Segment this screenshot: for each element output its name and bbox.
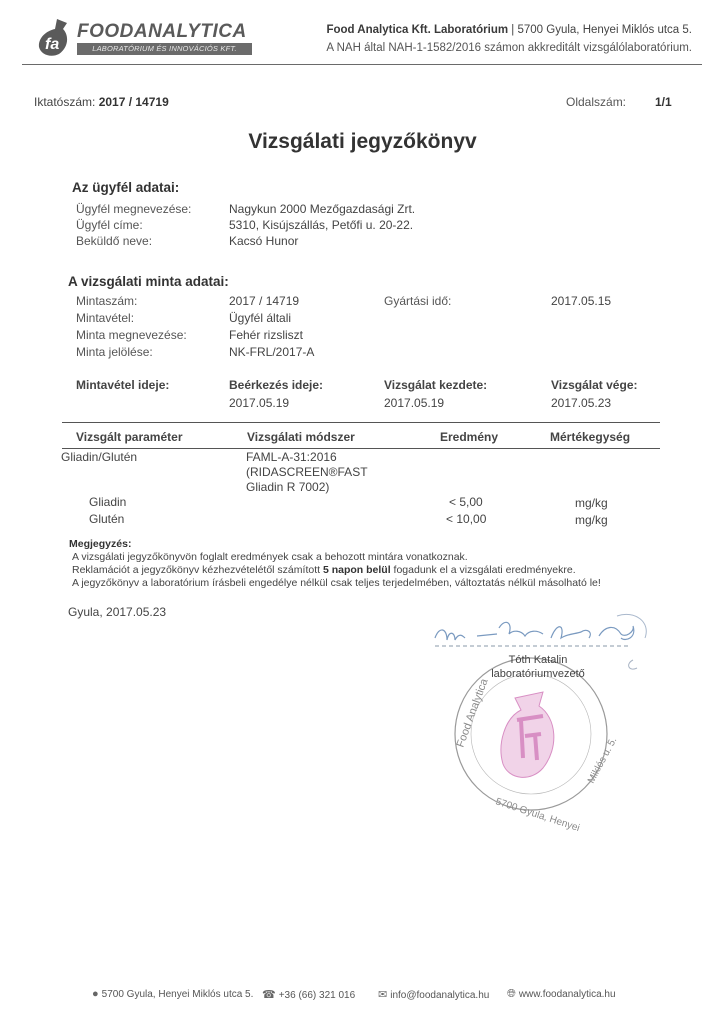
notes-heading: Megjegyzés: [69, 538, 131, 550]
client-label: Beküldő neve: [76, 234, 152, 248]
result-param: Gliadin [89, 495, 126, 509]
client-value: 5310, Kisújszállás, Petőfi u. 20-22. [229, 218, 413, 232]
method-line: (RIDASCREEN®FAST [246, 465, 368, 479]
company-logo: fa FOODANALYTICA LABORATÓRIUM ÉS INNOVÁC… [37, 17, 257, 57]
method-line: FAML-A-31:2016 [246, 450, 337, 464]
sample-value: Ügyfél általi [229, 311, 291, 325]
test-end-label: Vizsgálat vége: [551, 378, 637, 392]
production-date-label: Gyártási idő: [384, 294, 451, 308]
sample-value: Fehér rizsliszt [229, 328, 303, 342]
svg-text:fa: fa [45, 36, 59, 53]
flask-logo-icon: fa [37, 17, 71, 57]
phone-icon: ☎ [262, 988, 276, 1001]
arrival-date-value: 2017.05.19 [229, 396, 289, 410]
sample-label: Minta jelölése: [76, 345, 153, 359]
note-text: Reklamációt a jegyzőkönyv kézhezvételétő… [72, 564, 323, 576]
client-heading: Az ügyfél adatai: [72, 180, 179, 195]
sample-value: 2017 / 14719 [229, 294, 299, 308]
footer-address: ●5700 Gyula, Henyei Miklós utca 5. [92, 988, 253, 1000]
note-line: Reklamációt a jegyzőkönyv kézhezvételétő… [72, 564, 576, 576]
place-and-date: Gyula, 2017.05.23 [68, 605, 166, 619]
signatory-role: laboratóriumvezető [478, 667, 598, 681]
production-date-value: 2017.05.15 [551, 294, 611, 308]
arrival-date-label: Beérkezés ideje: [229, 378, 323, 392]
globe-icon: 🌐︎ [507, 988, 516, 1001]
sample-label: Mintaszám: [76, 294, 137, 308]
note-text: fogadunk el a vizsgálati eredményekre. [391, 564, 576, 576]
sampling-date-label: Mintavétel ideje: [76, 378, 169, 392]
logo-wordmark: FOODANALYTICA [77, 21, 247, 43]
footer-address-text: 5700 Gyula, Henyei Miklós utca 5. [102, 989, 254, 1000]
result-unit: mg/kg [575, 513, 608, 527]
page-number-value: 1/1 [655, 95, 672, 109]
svg-text:Miklós u. 5.: Miklós u. 5. [586, 736, 619, 786]
page-number-label: Oldalszám: [566, 95, 626, 109]
signatory-name: Tóth Katalin [478, 653, 598, 667]
method-line: Gliadin R 7002) [246, 480, 329, 494]
param-group-name: Gliadin/Glutén [61, 450, 137, 464]
footer-phone-text: +36 (66) 321 016 [279, 990, 355, 1001]
header-divider [22, 64, 702, 65]
location-pin-icon: ● [92, 988, 99, 1000]
result-param: Glutén [89, 512, 124, 526]
accreditation-text: A NAH által NAH-1-1582/2016 számon akkre… [326, 42, 692, 54]
result-value: < 10,00 [446, 512, 486, 526]
result-value: < 5,00 [449, 495, 483, 509]
col-header-unit: Mértékegység [550, 430, 630, 444]
company-address: | 5700 Gyula, Henyei Miklós utca 5. [508, 24, 692, 36]
footer-email[interactable]: ✉info@foodanalytica.hu [378, 988, 489, 1001]
envelope-icon: ✉ [378, 988, 387, 1001]
test-start-value: 2017.05.19 [384, 396, 444, 410]
signature-and-stamp: Food Analytica 5700 Gyula, Henyei Miklós… [425, 608, 665, 848]
registry-value: 2017 / 14719 [99, 95, 169, 109]
client-value: Kacsó Hunor [229, 234, 298, 248]
sample-label: Mintavétel: [76, 311, 134, 325]
footer-phone: ☎+36 (66) 321 016 [262, 988, 355, 1001]
client-label: Ügyfél címe: [76, 218, 143, 232]
company-name: Food Analytica Kft. Laboratórium [326, 24, 508, 36]
col-header-parameter: Vizsgált paraméter [76, 430, 183, 444]
sample-label: Minta megnevezése: [76, 328, 187, 342]
logo-subtitle: LABORATÓRIUM ÉS INNOVÁCIÓS KFT. [77, 43, 252, 55]
result-unit: mg/kg [575, 496, 608, 510]
footer-email-text[interactable]: info@foodanalytica.hu [390, 990, 489, 1001]
signatory: Tóth Katalin laboratóriumvezető [478, 653, 598, 681]
col-header-result: Eredmény [440, 430, 498, 444]
sample-heading: A vizsgálati minta adatai: [68, 274, 229, 289]
svg-text:Food Analytica: Food Analytica [455, 676, 491, 749]
page-title: Vizsgálati jegyzőkönyv [0, 130, 725, 154]
note-line: A vizsgálati jegyzőkönyvön foglalt eredm… [72, 551, 468, 563]
client-value: Nagykun 2000 Mezőgazdasági Zrt. [229, 202, 415, 216]
note-line: A jegyzőkönyv a laboratórium írásbeli en… [72, 577, 601, 589]
test-end-value: 2017.05.23 [551, 396, 611, 410]
sample-value: NK-FRL/2017-A [229, 345, 314, 359]
note-emphasis: 5 napon belül [323, 564, 391, 576]
table-top-rule [62, 422, 660, 423]
test-start-label: Vizsgálat kezdete: [384, 378, 487, 392]
svg-text:5700 Gyula, Henyei: 5700 Gyula, Henyei [494, 796, 581, 834]
table-header-rule [62, 448, 660, 449]
registry-number: Iktatószám: 2017 / 14719 [34, 95, 169, 109]
footer-website[interactable]: 🌐︎www.foodanalytica.hu [507, 988, 616, 1001]
registry-label: Iktatószám: [34, 95, 99, 109]
client-label: Ügyfél megnevezése: [76, 202, 191, 216]
col-header-method: Vizsgálati módszer [247, 430, 355, 444]
footer-website-text[interactable]: www.foodanalytica.hu [519, 989, 616, 1000]
company-info: Food Analytica Kft. Laboratórium | 5700 … [326, 24, 692, 36]
